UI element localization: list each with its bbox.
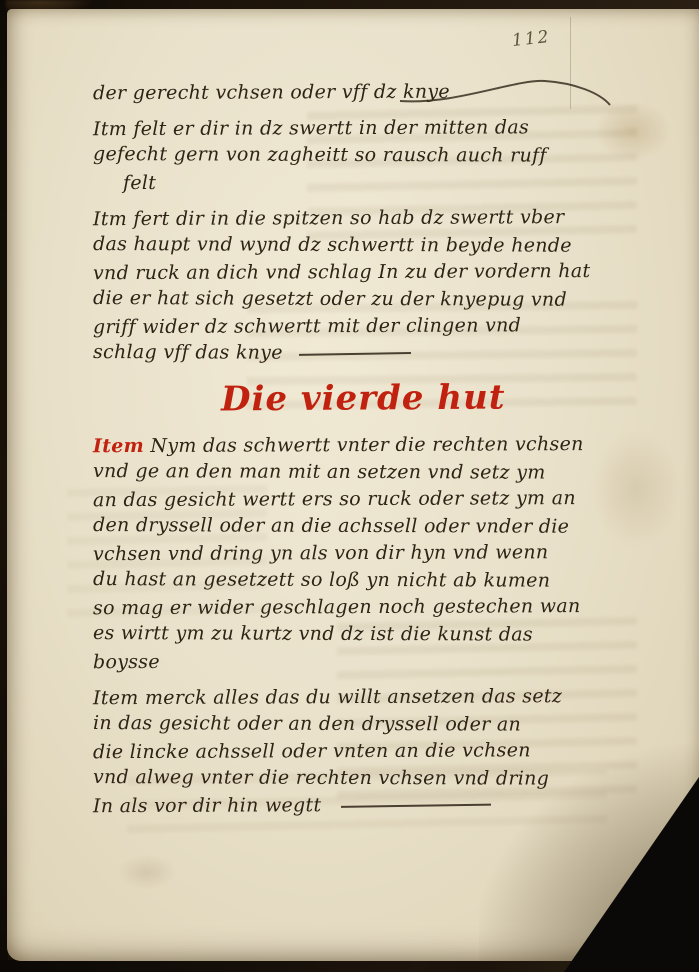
text-line: es wirtt ym zu kurtz vnd dz ist die kuns…: [93, 620, 641, 649]
text-line: boysse: [93, 647, 641, 676]
paragraph: der gerecht vchsen oder vff dz knye: [93, 79, 641, 106]
text-line-text: Nym das schwertt vnter die rechten vchse…: [150, 433, 583, 457]
rubric-initial: Item: [93, 435, 144, 457]
text-line: das haupt vnd wynd dz schwertt in beyde …: [93, 231, 641, 260]
text-line: an das gesicht wertt ers so ruck oder se…: [93, 485, 641, 514]
text-line: griff wider dz schwertt mit der clingen …: [93, 312, 641, 341]
text-line: schlag vff das knye: [93, 339, 641, 368]
paragraph: Item merck alles das du willt ansetzen d…: [93, 684, 641, 819]
text-line: den dryssell oder an die achssell oder v…: [93, 512, 641, 541]
text-line: gefecht gern von zagheitt so rausch auch…: [93, 141, 641, 170]
paragraph: Item Nym das schwertt vnter die rechten …: [93, 432, 641, 675]
text-line: Itm felt er dir in dz swertt in der mitt…: [93, 114, 641, 143]
text-line: in das gesicht oder an den dryssell oder…: [93, 710, 641, 739]
text-line: felt: [93, 168, 641, 197]
text-line: die lincke achssell oder vnten an die vc…: [93, 737, 641, 766]
manuscript-photo: 112 der gerecht vchsen oder vff dz knye …: [0, 0, 699, 972]
flourish-dash: [341, 804, 491, 808]
text-block: der gerecht vchsen oder vff dz knye Itm …: [93, 79, 641, 828]
parchment-stain: [117, 854, 177, 890]
chapter-heading: Die vierde hut: [221, 375, 641, 422]
text-line: vnd ruck an dich vnd schlag In zu der vo…: [93, 258, 641, 287]
paragraph: Itm fert dir in die spitzen so hab dz sw…: [93, 205, 641, 367]
text-line: der gerecht vchsen oder vff dz knye: [93, 78, 641, 107]
folio-number: 112: [511, 27, 551, 51]
text-line: die er hat sich gesetzt oder zu der knye…: [93, 285, 641, 314]
text-line: Itm fert dir in die spitzen so hab dz sw…: [93, 204, 641, 233]
flourish-dash: [299, 352, 411, 356]
manuscript-page: 112 der gerecht vchsen oder vff dz knye …: [7, 9, 699, 961]
paragraph: Itm felt er dir in dz swertt in der mitt…: [93, 115, 641, 196]
text-line: In als vor dir hin wegtt: [93, 791, 641, 820]
text-line: vnd ge an den man mit an setzen vnd setz…: [93, 458, 641, 487]
text-line: du hast an gesetzett so loß yn nicht ab …: [93, 566, 641, 595]
text-line: Item merck alles das du willt ansetzen d…: [93, 683, 641, 712]
text-line: vnd alweg vnter die rechten vchsen vnd d…: [93, 764, 641, 793]
text-line-text: In als vor dir hin wegtt: [93, 794, 321, 817]
text-line: so mag er wider geschlagen noch gesteche…: [93, 593, 641, 622]
text-line: Item Nym das schwertt vnter die rechten …: [93, 431, 641, 460]
text-line: vchsen vnd dring yn als von dir hyn vnd …: [93, 539, 641, 568]
text-line-text: schlag vff das knye: [93, 341, 283, 364]
